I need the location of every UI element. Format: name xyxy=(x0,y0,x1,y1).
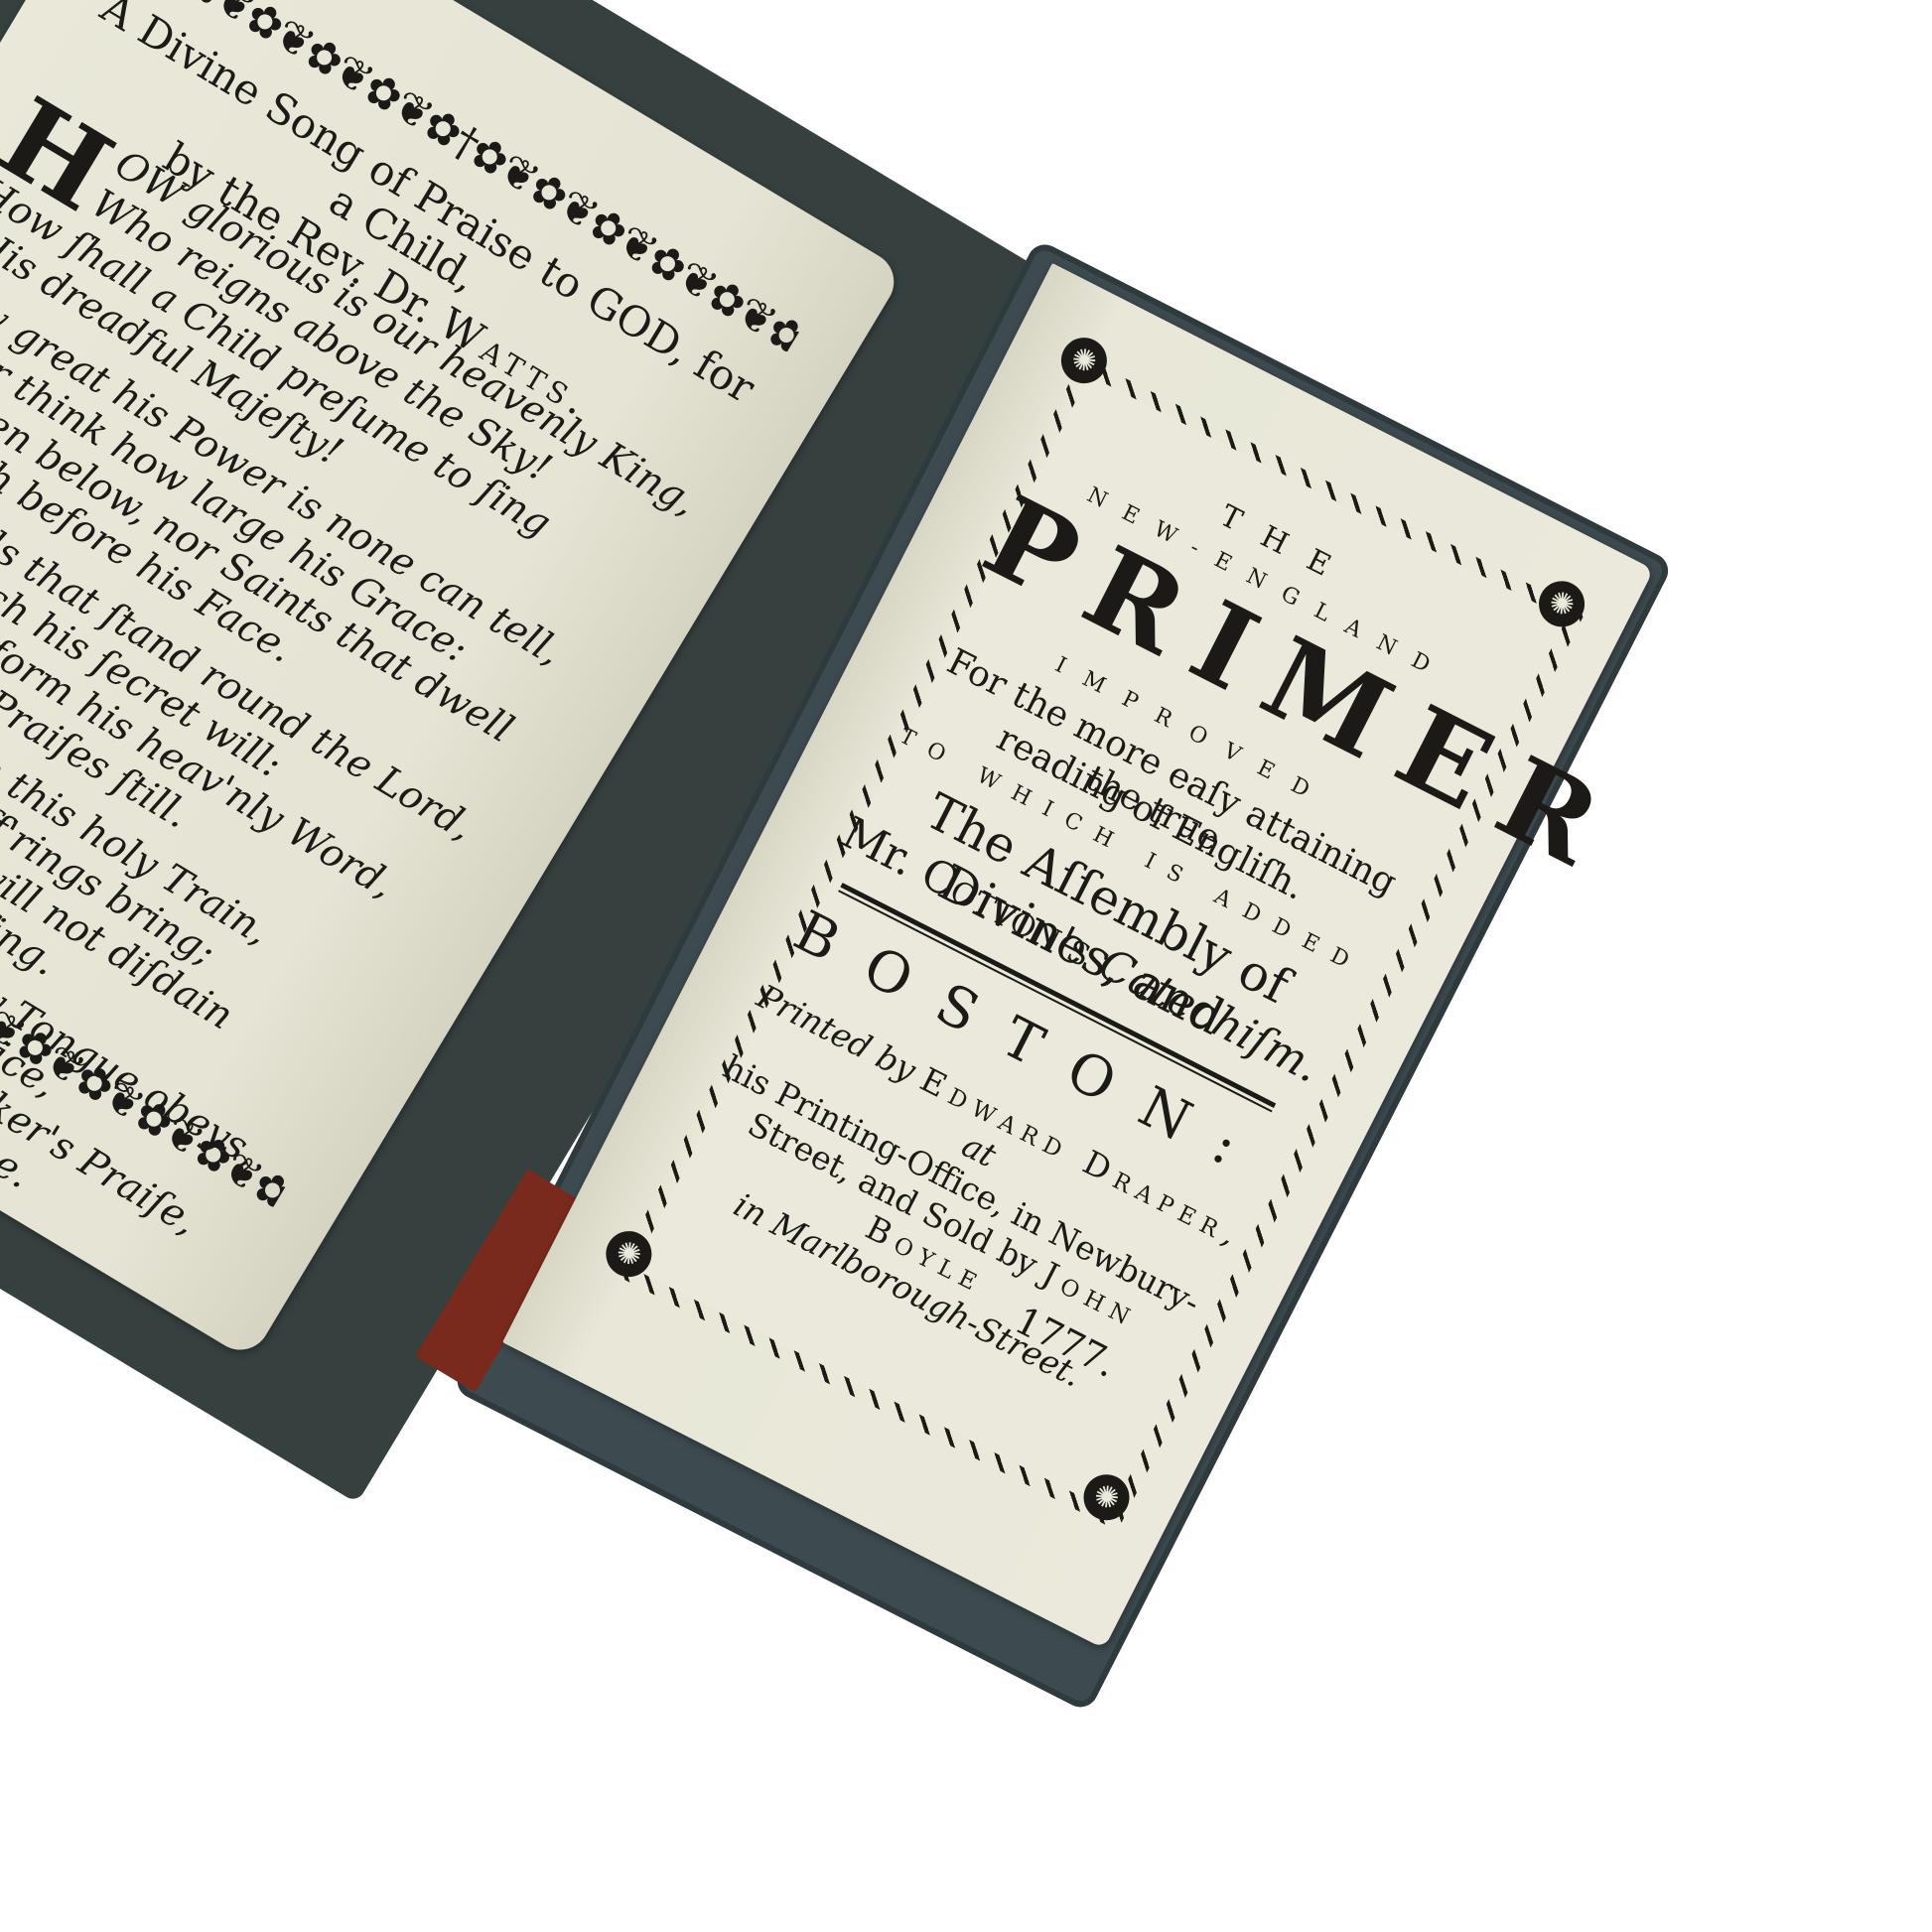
book-photo: ✿❦✿❦✿❦✿❦✿❦✿†✿❦✿❦✿❦✿❦✿❦✿ A Divine Song of… xyxy=(0,0,1932,1932)
